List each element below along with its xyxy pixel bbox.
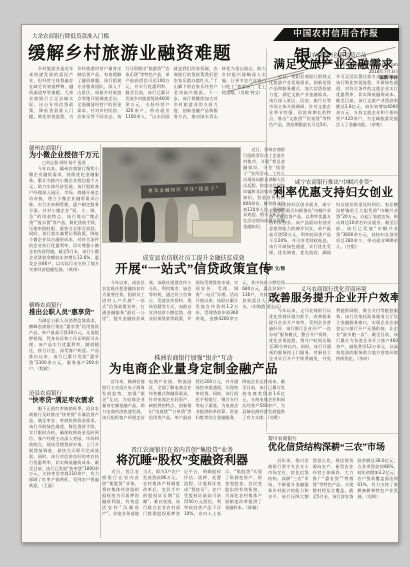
- left-article3-headline: “快枣贷”满足枣农需求: [29, 395, 100, 404]
- divider-right-2: [269, 283, 398, 284]
- newspaper-sheet: 中国农村信用合作报 银企3 E-mail:zgncxyhzb@163.com 2…: [21, 24, 399, 543]
- photo-table: [192, 220, 234, 238]
- right-article3-headline: 改善服务提升企业开户效率: [269, 290, 398, 305]
- lead-kicker: 大余农商银行降低贷款准入门槛: [32, 32, 232, 40]
- left-article1-body: 今年以来，赣州农商银行聚焦小微企业融资需求，持续优化金融服务，累计为辖内小微企业…: [29, 166, 99, 296]
- divider-under-lead: [29, 141, 266, 142]
- divider-right-3: [266, 433, 398, 434]
- rule-left-rail: [100, 144, 101, 538]
- mid-article2-headline: 为电商企业量身定制金融产品: [102, 359, 285, 377]
- right-article4-headline: 优化信贷结构深耕“三农”市场: [268, 440, 398, 453]
- left-article2-headline: 推出公职人员“惠享贷”: [29, 307, 100, 316]
- photo-person-2: [125, 207, 138, 242]
- right-article4-body: 近年来，黎川农商银行坚守支农支小市场定位，优化信贷结构，深耕“三农”市场，不断提…: [268, 458, 398, 538]
- mid-article1-headline: 开展“一站式”信贷政策宣传: [102, 259, 285, 277]
- left-article1-headline: 为小微企业授信千万元: [29, 150, 100, 160]
- right-article1-headline: 满足文旅产业金融需求: [269, 56, 398, 72]
- news-photo: 普及金融知识 守住“钱袋子”: [102, 147, 241, 243]
- photo-person-3: [141, 202, 155, 242]
- newspaper-page: 中国农村信用合作报 银企3 E-mail:zgncxyhzb@163.com 2…: [0, 0, 410, 567]
- mid-article2-body: 近年来，株洲农商银行主动适应电子商务发展趋势，加强“银企”互动，为电商企业量身定…: [102, 379, 285, 449]
- right-article1-body: 近日，贵阳农商银行围绕文化旅游产业发展需求，创新信贷产品和服务模式，加大信贷投放…: [269, 74, 398, 173]
- photo-person-1: [109, 204, 123, 242]
- divider-right-1: [269, 175, 398, 176]
- lead-headline: 缓解乡村旅游业融资难题: [28, 40, 266, 65]
- photo-person-4: [165, 198, 178, 242]
- mid-article3-headline: 将沉睡“股权”变融资利器: [102, 451, 262, 468]
- left-article2-body: 为满足公职人员消费信贷需求，横峰农商银行推出“惠享贷”信用贷款产品，单户最高可贷…: [29, 318, 99, 382]
- right-article3-body: 今年以来，义马农商银行以优化营商环境为抓手，改善服务提升企业开户效率，受到企业普…: [269, 308, 398, 429]
- right-article2-body: 为支持妇女创业就业，咸宁农商银行联合妇联推出“巾帼兴业贷”专属信贷产品，以利率优…: [269, 202, 398, 282]
- photo-banner-text: 普及金融知识 守住“钱袋子”: [141, 182, 226, 198]
- masthead-banner: 中国农村信用合作报: [273, 28, 399, 41]
- mid-article3-body: 近日，晋江农商银行在省内首创“集股贷”业务，将村集体经济组织股权变为可质押的融资…: [102, 469, 262, 538]
- mid-article1-body: 今年以来，成安县农信联社把金融扶贫作为重要任务，组织员工进村入户开展“一站式”信…: [102, 280, 285, 348]
- left-article3-body: 眼下正值红枣购销旺季，沧县农商银行及时推出“快枣贷”专属信贷产品，满足枣农、枣商…: [29, 406, 99, 538]
- right-article2-headline: 利率优惠支持妇女创业: [269, 184, 398, 200]
- lead-body: 乡村旅游业是近年来快速发展的富民产业，但经营主体普遍存在缺乏有效抵押物、融资渠道…: [29, 66, 266, 139]
